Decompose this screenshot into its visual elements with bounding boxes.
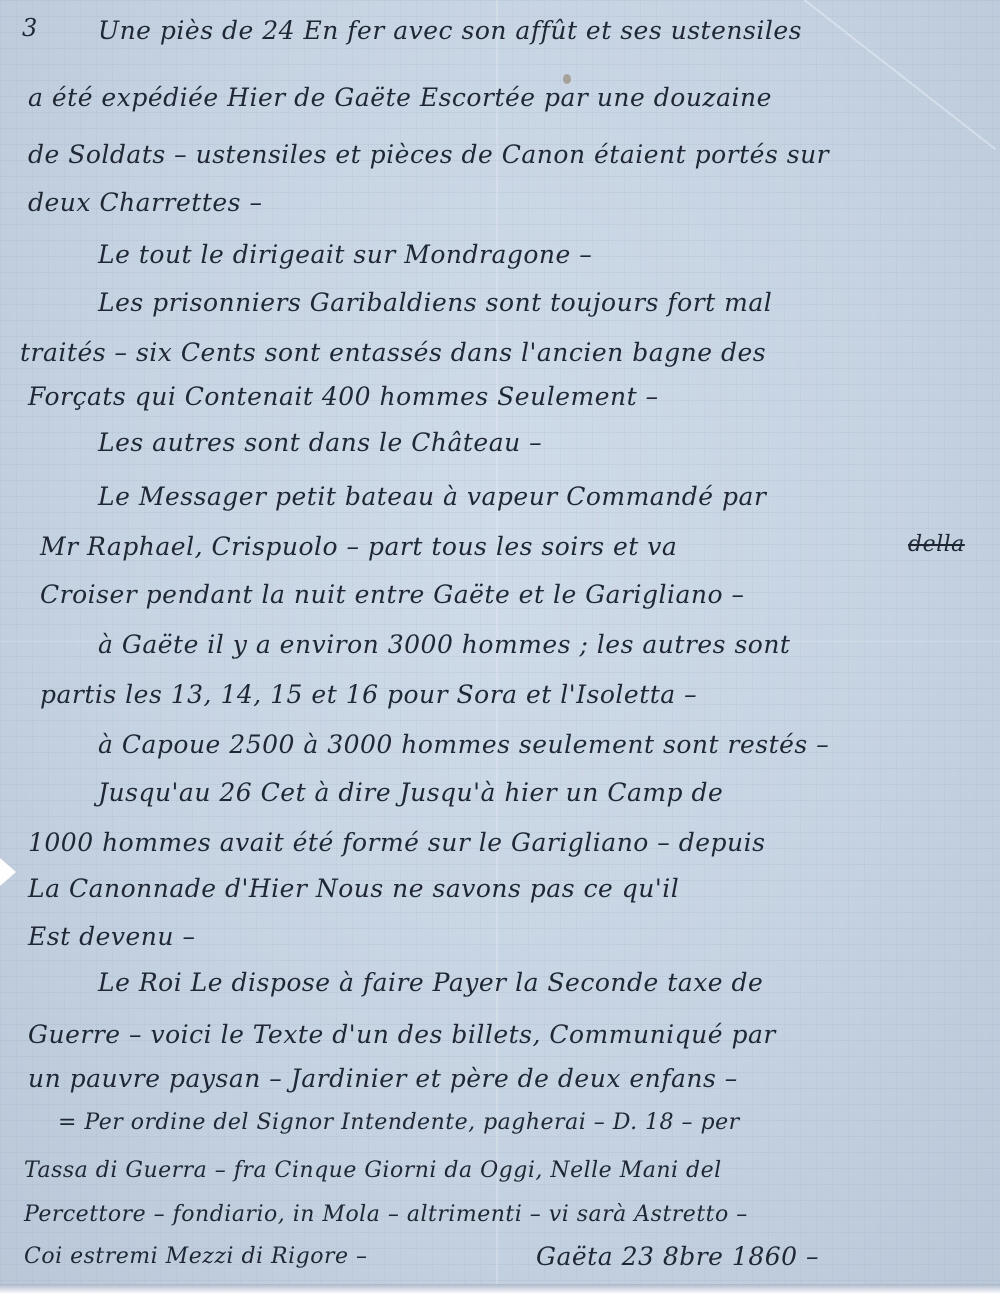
text-line: = Per ordine del Signor Intendente, pagh… xyxy=(58,1110,740,1135)
text-line: 1000 hommes avait été formé sur le Garig… xyxy=(28,828,765,857)
text-line: Jusqu'au 26 Cet à dire Jusqu'à hier un C… xyxy=(98,778,723,807)
text-line: Une piès de 24 En fer avec son affût et … xyxy=(98,16,802,45)
text-line: traités – six Cents sont entassés dans l… xyxy=(20,338,766,367)
struck-word: della xyxy=(908,532,965,557)
text-line: Forçats qui Contenait 400 hommes Seuleme… xyxy=(28,382,659,411)
text-line: Croiser pendant la nuit entre Gaëte et l… xyxy=(40,580,745,609)
text-line: de Soldats – ustensiles et pièces de Can… xyxy=(28,140,829,169)
text-line: Le Messager petit bateau à vapeur Comman… xyxy=(98,482,766,511)
text-line: Guerre – voici le Texte d'un des billets… xyxy=(28,1020,776,1049)
page-number: 3 xyxy=(22,14,37,42)
text-line: Percettore – fondiario, in Mola – altrim… xyxy=(24,1202,748,1227)
text-line: Le tout le dirigeait sur Mondragone – xyxy=(98,240,592,269)
text-line: Tassa di Guerra – fra Cinque Giorni da O… xyxy=(24,1158,722,1183)
place-date-signature: Gaëta 23 8bre 1860 – xyxy=(536,1242,819,1271)
paper-crease xyxy=(790,0,996,150)
text-line: La Canonnade d'Hier Nous ne savons pas c… xyxy=(28,874,679,903)
text-line: Le Roi Le dispose à faire Payer la Secon… xyxy=(98,968,763,997)
text-line: un pauvre paysan – Jardinier et père de … xyxy=(28,1064,738,1093)
text-line: à Capoue 2500 à 3000 hommes seulement so… xyxy=(98,730,829,759)
paper-bottom-edge xyxy=(0,1284,1000,1294)
text-line: Est devenu – xyxy=(28,922,195,951)
text-line: partis les 13, 14, 15 et 16 pour Sora et… xyxy=(40,680,697,709)
text-line: Mr Raphael, Crispuolo – part tous les so… xyxy=(40,532,677,561)
text-line: Les prisonniers Garibaldiens sont toujou… xyxy=(98,288,772,317)
text-line: a été expédiée Hier de Gaëte Escortée pa… xyxy=(28,83,772,112)
text-line: deux Charrettes – xyxy=(28,188,262,217)
text-line: à Gaëte il y a environ 3000 hommes ; les… xyxy=(98,630,790,659)
manuscript-page: 3 Une piès de 24 En fer avec son affût e… xyxy=(0,0,1000,1294)
text-line: Coi estremi Mezzi di Rigore – xyxy=(24,1244,368,1269)
paper-tear xyxy=(0,858,16,886)
text-line: Les autres sont dans le Château – xyxy=(98,428,542,457)
